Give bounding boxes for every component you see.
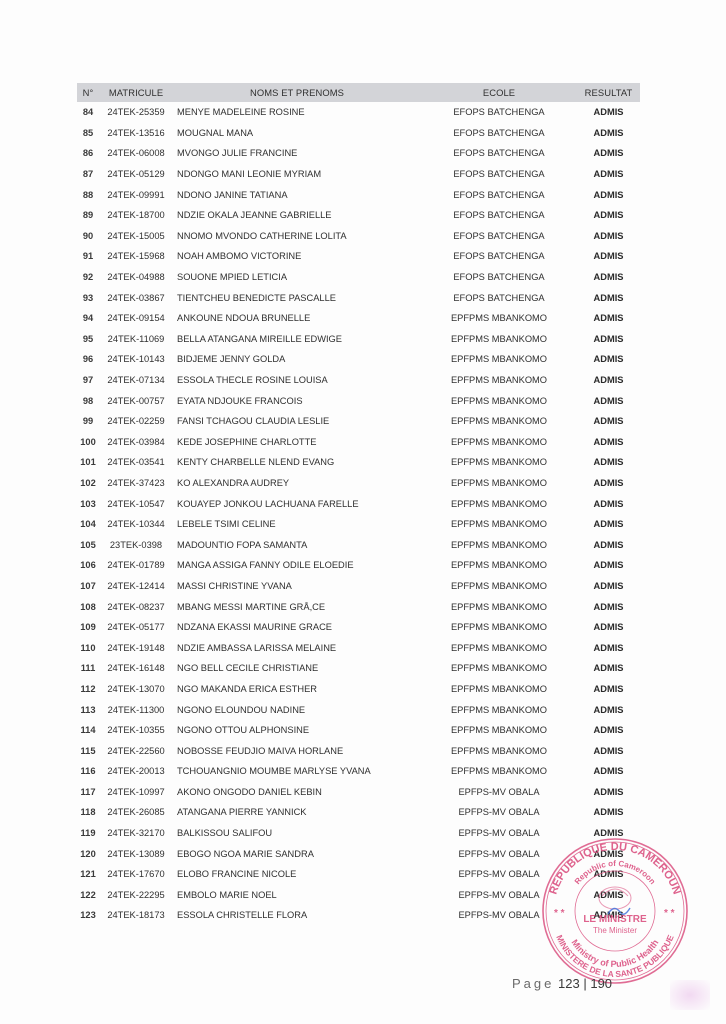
name-cell: SOUONE MPIED LETICIA	[173, 267, 421, 288]
result-cell: ADMIS	[577, 823, 640, 844]
name-cell: NGO MAKANDA ERICA ESTHER	[173, 679, 421, 700]
result-cell: ADMIS	[577, 617, 640, 638]
name-cell: NGONO ELOUNDOU NADINE	[173, 699, 421, 720]
row-number: 123	[77, 905, 99, 926]
table-row: 9324TEK-03867TIENTCHEU BENEDICTE PASCALL…	[77, 287, 640, 308]
school-cell: EPFPMS MBANKOMO	[421, 617, 577, 638]
page-separator: |	[583, 976, 586, 991]
header-num: N°	[77, 83, 99, 102]
school-cell: EPFPS-MV OBALA	[421, 782, 577, 803]
school-cell: EPFPMS MBANKOMO	[421, 720, 577, 741]
row-number: 102	[77, 473, 99, 494]
name-cell: NDZIE OKALA JEANNE GABRIELLE	[173, 205, 421, 226]
result-cell: ADMIS	[577, 493, 640, 514]
name-cell: ELOBO FRANCINE NICOLE	[173, 864, 421, 885]
school-cell: EPFPMS MBANKOMO	[421, 452, 577, 473]
school-cell: EPFPMS MBANKOMO	[421, 576, 577, 597]
table-row: 12324TEK-18173ESSOLA CHRISTELLE FLORAEPF…	[77, 905, 640, 926]
matricule-cell: 24TEK-32170	[99, 823, 173, 844]
table-body: 8424TEK-25359MENYE MADELEINE ROSINEEFOPS…	[77, 102, 640, 926]
name-cell: TCHOUANGNIO MOUMBE MARLYSE YVANA	[173, 761, 421, 782]
name-cell: MADOUNTIO FOPA SAMANTA	[173, 534, 421, 555]
document-page: N° MATRICULE NOMS ET PRENOMS ECOLE RESUL…	[0, 0, 726, 1024]
result-cell: ADMIS	[577, 308, 640, 329]
row-number: 103	[77, 493, 99, 514]
table-row: 11724TEK-10997AKONO ONGODO DANIEL KEBINE…	[77, 782, 640, 803]
matricule-cell: 24TEK-03984	[99, 432, 173, 453]
school-cell: EPFPMS MBANKOMO	[421, 493, 577, 514]
school-cell: EFOPS BATCHENGA	[421, 184, 577, 205]
matricule-cell: 24TEK-10997	[99, 782, 173, 803]
result-cell: ADMIS	[577, 432, 640, 453]
table-row: 11324TEK-11300NGONO ELOUNDOU NADINEEPFPM…	[77, 699, 640, 720]
row-number: 121	[77, 864, 99, 885]
school-cell: EPFPMS MBANKOMO	[421, 349, 577, 370]
school-cell: EPFPMS MBANKOMO	[421, 658, 577, 679]
page-label: Page	[512, 976, 554, 991]
matricule-cell: 24TEK-18700	[99, 205, 173, 226]
result-cell: ADMIS	[577, 637, 640, 658]
school-cell: EFOPS BATCHENGA	[421, 287, 577, 308]
name-cell: ANKOUNE NDOUA BRUNELLE	[173, 308, 421, 329]
matricule-cell: 24TEK-11069	[99, 329, 173, 350]
result-cell: ADMIS	[577, 658, 640, 679]
result-cell: ADMIS	[577, 267, 640, 288]
matricule-cell: 24TEK-13516	[99, 123, 173, 144]
name-cell: NDZIE AMBASSA LARISSA MELAINE	[173, 637, 421, 658]
matricule-cell: 24TEK-20013	[99, 761, 173, 782]
result-cell: ADMIS	[577, 164, 640, 185]
row-number: 105	[77, 534, 99, 555]
result-cell: ADMIS	[577, 123, 640, 144]
row-number: 84	[77, 102, 99, 123]
row-number: 106	[77, 555, 99, 576]
row-number: 120	[77, 843, 99, 864]
school-cell: EFOPS BATCHENGA	[421, 123, 577, 144]
name-cell: BELLA ATANGANA MIREILLE EDWIGE	[173, 329, 421, 350]
table-row: 9224TEK-04988SOUONE MPIED LETICIAEFOPS B…	[77, 267, 640, 288]
result-cell: ADMIS	[577, 370, 640, 391]
result-cell: ADMIS	[577, 843, 640, 864]
matricule-cell: 24TEK-17670	[99, 864, 173, 885]
row-number: 116	[77, 761, 99, 782]
name-cell: MOUGNAL MANA	[173, 123, 421, 144]
matricule-cell: 24TEK-08237	[99, 596, 173, 617]
row-number: 122	[77, 885, 99, 906]
school-cell: EPFPMS MBANKOMO	[421, 514, 577, 535]
row-number: 111	[77, 658, 99, 679]
results-table: N° MATRICULE NOMS ET PRENOMS ECOLE RESUL…	[77, 83, 640, 926]
result-cell: ADMIS	[577, 782, 640, 803]
matricule-cell: 24TEK-10547	[99, 493, 173, 514]
table-row: 8524TEK-13516MOUGNAL MANAEFOPS BATCHENGA…	[77, 123, 640, 144]
matricule-cell: 24TEK-16148	[99, 658, 173, 679]
row-number: 88	[77, 184, 99, 205]
name-cell: ATANGANA PIERRE YANNICK	[173, 802, 421, 823]
table-row: 11024TEK-19148NDZIE AMBASSA LARISSA MELA…	[77, 637, 640, 658]
matricule-cell: 24TEK-04988	[99, 267, 173, 288]
header-name: NOMS ET PRENOMS	[173, 83, 421, 102]
name-cell: KENTY CHARBELLE NLEND EVANG	[173, 452, 421, 473]
row-number: 114	[77, 720, 99, 741]
row-number: 94	[77, 308, 99, 329]
name-cell: MANGA ASSIGA FANNY ODILE ELOEDIE	[173, 555, 421, 576]
result-cell: ADMIS	[577, 287, 640, 308]
school-cell: EPFPMS MBANKOMO	[421, 308, 577, 329]
table-row: 8624TEK-06008MVONGO JULIE FRANCINEEFOPS …	[77, 143, 640, 164]
name-cell: TIENTCHEU BENEDICTE PASCALLE	[173, 287, 421, 308]
matricule-cell: 24TEK-13089	[99, 843, 173, 864]
matricule-cell: 24TEK-10143	[99, 349, 173, 370]
name-cell: EMBOLO MARIE NOEL	[173, 885, 421, 906]
school-cell: EPFPMS MBANKOMO	[421, 370, 577, 391]
table-row: 9124TEK-15968NOAH AMBOMO VICTORINEEFOPS …	[77, 246, 640, 267]
row-number: 91	[77, 246, 99, 267]
matricule-cell: 24TEK-19148	[99, 637, 173, 658]
matricule-cell: 24TEK-05129	[99, 164, 173, 185]
name-cell: KOUAYEP JONKOU LACHUANA FARELLE	[173, 493, 421, 514]
school-cell: EPFPMS MBANKOMO	[421, 596, 577, 617]
school-cell: EPFPS-MV OBALA	[421, 823, 577, 844]
school-cell: EPFPMS MBANKOMO	[421, 637, 577, 658]
school-cell: EPFPS-MV OBALA	[421, 864, 577, 885]
result-cell: ADMIS	[577, 184, 640, 205]
matricule-cell: 24TEK-09154	[99, 308, 173, 329]
stamp-text-bottom: MINISTERE DE LA SANTE PUBLIQUE	[554, 933, 676, 979]
matricule-cell: 24TEK-01789	[99, 555, 173, 576]
table-row: 8424TEK-25359MENYE MADELEINE ROSINEEFOPS…	[77, 102, 640, 123]
matricule-cell: 24TEK-05177	[99, 617, 173, 638]
result-cell: ADMIS	[577, 720, 640, 741]
name-cell: KEDE JOSEPHINE CHARLOTTE	[173, 432, 421, 453]
matricule-cell: 24TEK-10344	[99, 514, 173, 535]
result-cell: ADMIS	[577, 452, 640, 473]
stamp-text-bottom-inner: Ministry of Public Health	[569, 938, 660, 969]
table-row: 12124TEK-17670ELOBO FRANCINE NICOLEEPFPS…	[77, 864, 640, 885]
table-row: 11424TEK-10355NGONO OTTOU ALPHONSINEEPFP…	[77, 720, 640, 741]
name-cell: ESSOLA THECLE ROSINE LOUISA	[173, 370, 421, 391]
school-cell: EFOPS BATCHENGA	[421, 205, 577, 226]
result-cell: ADMIS	[577, 143, 640, 164]
result-cell: ADMIS	[577, 905, 640, 926]
result-cell: ADMIS	[577, 679, 640, 700]
stamp-title-en: The Minister	[593, 926, 637, 935]
page-number-footer: Page 123 | 190	[512, 976, 612, 991]
header-ecole: ECOLE	[421, 83, 577, 102]
table-row: 10324TEK-10547KOUAYEP JONKOU LACHUANA FA…	[77, 493, 640, 514]
matricule-cell: 24TEK-18173	[99, 905, 173, 926]
result-cell: ADMIS	[577, 205, 640, 226]
matricule-cell: 24TEK-07134	[99, 370, 173, 391]
matricule-cell: 24TEK-12414	[99, 576, 173, 597]
table-row: 9824TEK-00757EYATA NDJOUKE FRANCOISEPFPM…	[77, 390, 640, 411]
row-number: 87	[77, 164, 99, 185]
row-number: 98	[77, 390, 99, 411]
matricule-cell: 23TEK-0398	[99, 534, 173, 555]
matricule-cell: 24TEK-25359	[99, 102, 173, 123]
result-cell: ADMIS	[577, 699, 640, 720]
name-cell: BALKISSOU SALIFOU	[173, 823, 421, 844]
table-row: 9424TEK-09154ANKOUNE NDOUA BRUNELLEEPFPM…	[77, 308, 640, 329]
row-number: 99	[77, 411, 99, 432]
result-cell: ADMIS	[577, 349, 640, 370]
header-resultat: RESULTAT	[577, 83, 640, 102]
name-cell: NDONO JANINE TATIANA	[173, 184, 421, 205]
school-cell: EPFPMS MBANKOMO	[421, 740, 577, 761]
school-cell: EPFPMS MBANKOMO	[421, 699, 577, 720]
name-cell: MVONGO JULIE FRANCINE	[173, 143, 421, 164]
row-number: 109	[77, 617, 99, 638]
table-row: 11224TEK-13070NGO MAKANDA ERICA ESTHEREP…	[77, 679, 640, 700]
matricule-cell: 24TEK-26085	[99, 802, 173, 823]
name-cell: KO ALEXANDRA AUDREY	[173, 473, 421, 494]
table-row: 10724TEK-12414MASSI CHRISTINE YVANAEPFPM…	[77, 576, 640, 597]
school-cell: EPFPMS MBANKOMO	[421, 555, 577, 576]
row-number: 86	[77, 143, 99, 164]
name-cell: MENYE MADELEINE ROSINE	[173, 102, 421, 123]
table-row: 10824TEK-08237MBANG MESSI MARTINE GRÅ,CE…	[77, 596, 640, 617]
matricule-cell: 24TEK-00757	[99, 390, 173, 411]
header-matricule: MATRICULE	[99, 83, 173, 102]
name-cell: NOAH AMBOMO VICTORINE	[173, 246, 421, 267]
row-number: 115	[77, 740, 99, 761]
ink-smudge	[670, 980, 710, 1010]
result-cell: ADMIS	[577, 576, 640, 597]
name-cell: EYATA NDJOUKE FRANCOIS	[173, 390, 421, 411]
table-row: 9624TEK-10143BIDJEME JENNY GOLDAEPFPMS M…	[77, 349, 640, 370]
row-number: 110	[77, 637, 99, 658]
table-row: 10024TEK-03984KEDE JOSEPHINE CHARLOTTEEP…	[77, 432, 640, 453]
result-cell: ADMIS	[577, 390, 640, 411]
name-cell: NDZANA EKASSI MAURINE GRACE	[173, 617, 421, 638]
row-number: 89	[77, 205, 99, 226]
matricule-cell: 24TEK-03867	[99, 287, 173, 308]
row-number: 93	[77, 287, 99, 308]
table-row: 9724TEK-07134ESSOLA THECLE ROSINE LOUISA…	[77, 370, 640, 391]
table-row: 10523TEK-0398MADOUNTIO FOPA SAMANTAEPFPM…	[77, 534, 640, 555]
school-cell: EPFPMS MBANKOMO	[421, 473, 577, 494]
table-row: 8924TEK-18700NDZIE OKALA JEANNE GABRIELL…	[77, 205, 640, 226]
table-row: 10624TEK-01789MANGA ASSIGA FANNY ODILE E…	[77, 555, 640, 576]
name-cell: NGO BELL CECILE CHRISTIANE	[173, 658, 421, 679]
school-cell: EPFPS-MV OBALA	[421, 885, 577, 906]
svg-text:Ministry of Public Health: Ministry of Public Health	[569, 938, 660, 969]
row-number: 113	[77, 699, 99, 720]
result-cell: ADMIS	[577, 555, 640, 576]
table-header-row: N° MATRICULE NOMS ET PRENOMS ECOLE RESUL…	[77, 83, 640, 102]
name-cell: ESSOLA CHRISTELLE FLORA	[173, 905, 421, 926]
row-number: 118	[77, 802, 99, 823]
svg-text:MINISTERE DE LA SANTE PUBLIQUE: MINISTERE DE LA SANTE PUBLIQUE	[554, 933, 676, 979]
school-cell: EPFPMS MBANKOMO	[421, 432, 577, 453]
school-cell: EFOPS BATCHENGA	[421, 246, 577, 267]
result-cell: ADMIS	[577, 740, 640, 761]
name-cell: NOBOSSE FEUDJIO MAIVA HORLANE	[173, 740, 421, 761]
total-pages: 190	[590, 976, 612, 991]
school-cell: EPFPMS MBANKOMO	[421, 411, 577, 432]
school-cell: EFOPS BATCHENGA	[421, 143, 577, 164]
table-row: 10424TEK-10344LEBELE TSIMI CELINEEPFPMS …	[77, 514, 640, 535]
name-cell: NGONO OTTOU ALPHONSINE	[173, 720, 421, 741]
table-row: 11624TEK-20013TCHOUANGNIO MOUMBE MARLYSE…	[77, 761, 640, 782]
school-cell: EPFPS-MV OBALA	[421, 843, 577, 864]
row-number: 104	[77, 514, 99, 535]
matricule-cell: 24TEK-03541	[99, 452, 173, 473]
result-cell: ADMIS	[577, 885, 640, 906]
school-cell: EFOPS BATCHENGA	[421, 267, 577, 288]
table-row: 8724TEK-05129NDONGO MANI LEONIE MYRIAMEF…	[77, 164, 640, 185]
result-cell: ADMIS	[577, 534, 640, 555]
table-row: 10124TEK-03541KENTY CHARBELLE NLEND EVAN…	[77, 452, 640, 473]
row-number: 85	[77, 123, 99, 144]
name-cell: MASSI CHRISTINE YVANA	[173, 576, 421, 597]
row-number: 95	[77, 329, 99, 350]
row-number: 97	[77, 370, 99, 391]
table-row: 11524TEK-22560NOBOSSE FEUDJIO MAIVA HORL…	[77, 740, 640, 761]
table-row: 10924TEK-05177NDZANA EKASSI MAURINE GRAC…	[77, 617, 640, 638]
row-number: 112	[77, 679, 99, 700]
row-number: 108	[77, 596, 99, 617]
result-cell: ADMIS	[577, 761, 640, 782]
result-cell: ADMIS	[577, 246, 640, 267]
name-cell: LEBELE TSIMI CELINE	[173, 514, 421, 535]
result-cell: ADMIS	[577, 596, 640, 617]
matricule-cell: 24TEK-02259	[99, 411, 173, 432]
school-cell: EPFPS-MV OBALA	[421, 905, 577, 926]
name-cell: FANSI TCHAGOU CLAUDIA LESLIE	[173, 411, 421, 432]
result-cell: ADMIS	[577, 473, 640, 494]
table-row: 9924TEK-02259FANSI TCHAGOU CLAUDIA LESLI…	[77, 411, 640, 432]
result-cell: ADMIS	[577, 226, 640, 247]
table-row: 11924TEK-32170BALKISSOU SALIFOUEPFPS-MV …	[77, 823, 640, 844]
current-page: 123	[558, 976, 580, 991]
table-row: 10224TEK-37423KO ALEXANDRA AUDREYEPFPMS …	[77, 473, 640, 494]
matricule-cell: 24TEK-11300	[99, 699, 173, 720]
table-row: 8824TEK-09991NDONO JANINE TATIANAEFOPS B…	[77, 184, 640, 205]
school-cell: EFOPS BATCHENGA	[421, 226, 577, 247]
matricule-cell: 24TEK-22295	[99, 885, 173, 906]
school-cell: EPFPMS MBANKOMO	[421, 679, 577, 700]
result-cell: ADMIS	[577, 411, 640, 432]
svg-text:* *: * *	[664, 908, 675, 919]
row-number: 100	[77, 432, 99, 453]
row-number: 92	[77, 267, 99, 288]
result-cell: ADMIS	[577, 102, 640, 123]
table-row: 9024TEK-15005NNOMO MVONDO CATHERINE LOLI…	[77, 226, 640, 247]
school-cell: EFOPS BATCHENGA	[421, 164, 577, 185]
table-row: 11824TEK-26085ATANGANA PIERRE YANNICKEPF…	[77, 802, 640, 823]
school-cell: EPFPMS MBANKOMO	[421, 534, 577, 555]
matricule-cell: 24TEK-10355	[99, 720, 173, 741]
result-cell: ADMIS	[577, 802, 640, 823]
school-cell: EPFPMS MBANKOMO	[421, 761, 577, 782]
table-row: 9524TEK-11069BELLA ATANGANA MIREILLE EDW…	[77, 329, 640, 350]
name-cell: MBANG MESSI MARTINE GRÅ,CE	[173, 596, 421, 617]
name-cell: NDONGO MANI LEONIE MYRIAM	[173, 164, 421, 185]
matricule-cell: 24TEK-13070	[99, 679, 173, 700]
matricule-cell: 24TEK-15005	[99, 226, 173, 247]
matricule-cell: 24TEK-37423	[99, 473, 173, 494]
name-cell: BIDJEME JENNY GOLDA	[173, 349, 421, 370]
result-cell: ADMIS	[577, 329, 640, 350]
row-number: 96	[77, 349, 99, 370]
name-cell: NNOMO MVONDO CATHERINE LOLITA	[173, 226, 421, 247]
school-cell: EPFPS-MV OBALA	[421, 802, 577, 823]
school-cell: EPFPMS MBANKOMO	[421, 390, 577, 411]
table-row: 11124TEK-16148NGO BELL CECILE CHRISTIANE…	[77, 658, 640, 679]
name-cell: AKONO ONGODO DANIEL KEBIN	[173, 782, 421, 803]
school-cell: EPFPMS MBANKOMO	[421, 329, 577, 350]
matricule-cell: 24TEK-15968	[99, 246, 173, 267]
row-number: 101	[77, 452, 99, 473]
table-row: 12224TEK-22295EMBOLO MARIE NOELEPFPS-MV …	[77, 885, 640, 906]
result-cell: ADMIS	[577, 864, 640, 885]
row-number: 90	[77, 226, 99, 247]
result-cell: ADMIS	[577, 514, 640, 535]
name-cell: EBOGO NGOA MARIE SANDRA	[173, 843, 421, 864]
row-number: 107	[77, 576, 99, 597]
matricule-cell: 24TEK-06008	[99, 143, 173, 164]
school-cell: EFOPS BATCHENGA	[421, 102, 577, 123]
matricule-cell: 24TEK-09991	[99, 184, 173, 205]
row-number: 119	[77, 823, 99, 844]
table-row: 12024TEK-13089EBOGO NGOA MARIE SANDRAEPF…	[77, 843, 640, 864]
matricule-cell: 24TEK-22560	[99, 740, 173, 761]
row-number: 117	[77, 782, 99, 803]
